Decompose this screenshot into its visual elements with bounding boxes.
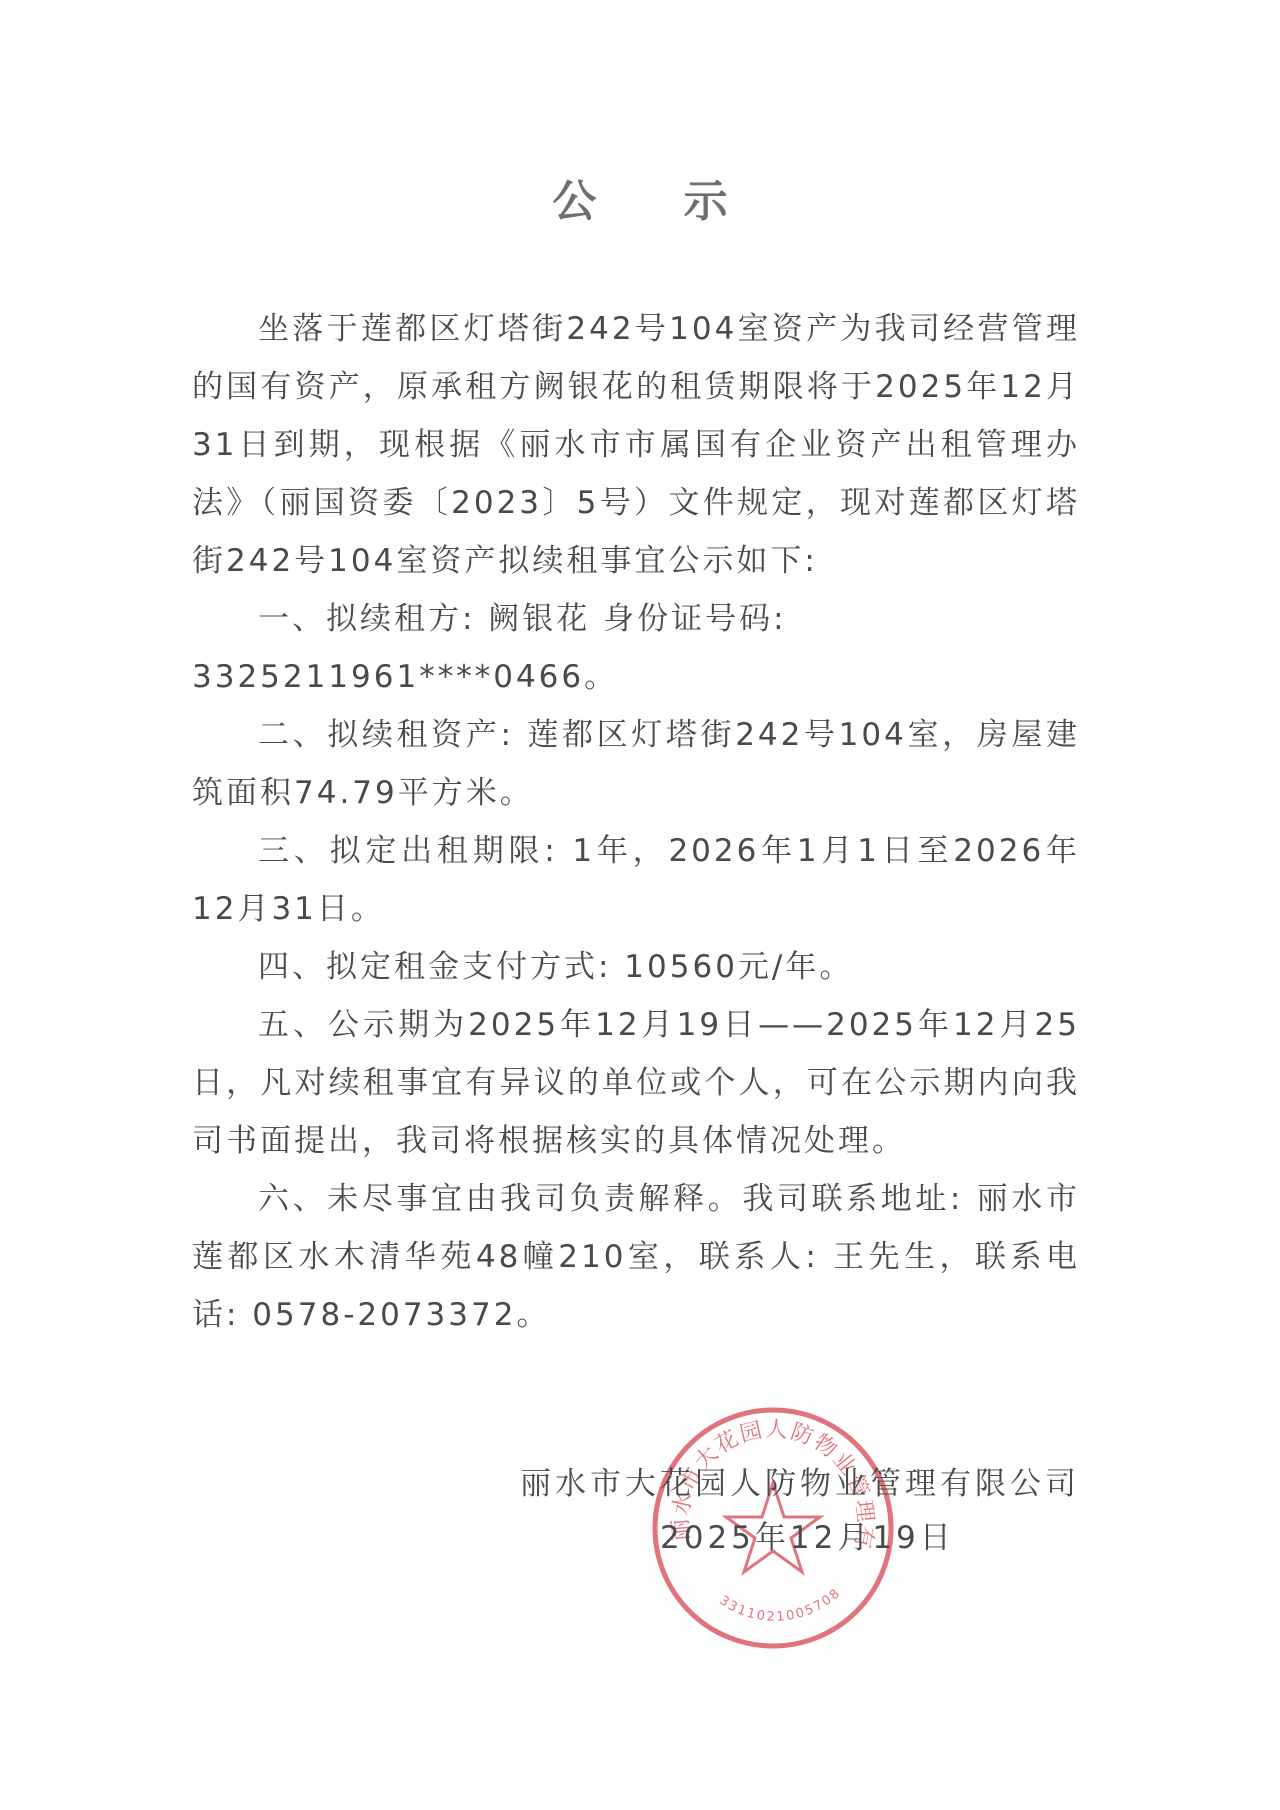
intro-paragraph: 坐落于莲都区灯塔街242号104室资产为我司经营管理的国有资产，原承租方阙银花的…	[192, 300, 1080, 590]
signature-date: 2025年12月19日	[660, 1512, 980, 1557]
document-page: 公 示 坐落于莲都区灯塔街242号104室资产为我司经营管理的国有资产，原承租方…	[0, 0, 1280, 1810]
document-title: 公 示	[0, 165, 1280, 229]
item-renter-id: 3325211961****0466。	[192, 648, 1080, 706]
svg-text:3311021005708: 3311021005708	[717, 1585, 845, 1625]
document-body: 坐落于莲都区灯塔街242号104室资产为我司经营管理的国有资产，原承租方阙银花的…	[192, 300, 1080, 1344]
item-asset: 二、拟续租资产: 莲都区灯塔街242号104室，房屋建筑面积74.79平方米。	[192, 706, 1080, 822]
item-contact: 六、未尽事宜由我司负责解释。我司联系地址: 丽水市莲都区水木清华苑48幢210室…	[192, 1170, 1080, 1344]
item-renter: 一、拟续租方: 阙银花 身份证号码:	[192, 590, 1080, 648]
signature-company: 丽水市大花园人防物业管理有限公司	[520, 1458, 1080, 1503]
item-term: 三、拟定出租期限: 1年，2026年1月1日至2026年12月31日。	[192, 822, 1080, 938]
item-notice-period: 五、公示期为2025年12月19日——2025年12月25日，凡对续租事宜有异议…	[192, 996, 1080, 1170]
item-rent: 四、拟定租金支付方式: 10560元/年。	[192, 938, 1080, 996]
